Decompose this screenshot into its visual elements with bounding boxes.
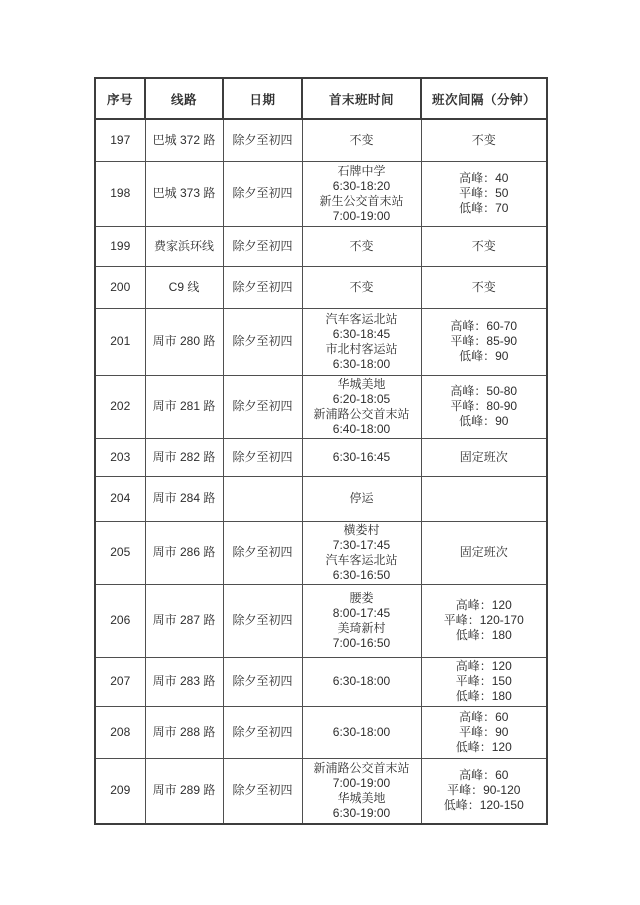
- cell-date: 除夕至初四: [223, 119, 302, 161]
- table-row: 209 周市 289 路 除夕至初四 新浦路公交首末站 7:00-19:00 华…: [95, 758, 547, 824]
- cell-interval: 高峰：120 平峰：150 低峰：180: [421, 657, 547, 706]
- header-row: 序号 线路 日期 首末班时间 班次间隔（分钟）: [95, 78, 547, 119]
- cell-interval: 固定班次: [421, 521, 547, 584]
- cell-date: 除夕至初四: [223, 758, 302, 824]
- cell-first-last-time: 汽车客运北站 6:30-18:45 市北村客运站 6:30-18:00: [302, 308, 421, 375]
- cell-interval: 高峰：120 平峰：120-170 低峰：180: [421, 584, 547, 657]
- cell-interval: 高峰：40 平峰：50 低峰：70: [421, 161, 547, 226]
- table-row: 203 周市 282 路 除夕至初四 6:30-16:45 固定班次: [95, 438, 547, 476]
- cell-serial: 198: [95, 161, 145, 226]
- cell-first-last-time: 6:30-18:00: [302, 706, 421, 758]
- cell-route: 周市 289 路: [145, 758, 223, 824]
- cell-interval: 不变: [421, 119, 547, 161]
- cell-serial: 201: [95, 308, 145, 375]
- table-row: 208 周市 288 路 除夕至初四 6:30-18:00 高峰：60 平峰：9…: [95, 706, 547, 758]
- bus-schedule-table: 序号 线路 日期 首末班时间 班次间隔（分钟） 197 巴城 372 路 除夕至…: [94, 77, 548, 825]
- cell-route: 周市 280 路: [145, 308, 223, 375]
- table-row: 205 周市 286 路 除夕至初四 横娄村 7:30-17:45 汽车客运北站…: [95, 521, 547, 584]
- cell-first-last-time: 6:30-18:00: [302, 657, 421, 706]
- cell-serial: 203: [95, 438, 145, 476]
- cell-route: 周市 286 路: [145, 521, 223, 584]
- cell-route: 周市 287 路: [145, 584, 223, 657]
- cell-route: 周市 284 路: [145, 476, 223, 521]
- cell-date: 除夕至初四: [223, 657, 302, 706]
- cell-date: 除夕至初四: [223, 308, 302, 375]
- cell-first-last-time: 石牌中学 6:30-18:20 新生公交首末站 7:00-19:00: [302, 161, 421, 226]
- cell-serial: 205: [95, 521, 145, 584]
- cell-serial: 199: [95, 226, 145, 266]
- cell-serial: 209: [95, 758, 145, 824]
- cell-first-last-time: 不变: [302, 119, 421, 161]
- cell-interval: [421, 476, 547, 521]
- cell-first-last-time: 6:30-16:45: [302, 438, 421, 476]
- cell-first-last-time: 新浦路公交首末站 7:00-19:00 华城美地 6:30-19:00: [302, 758, 421, 824]
- cell-route: 周市 288 路: [145, 706, 223, 758]
- column-header-interval: 班次间隔（分钟）: [421, 78, 547, 119]
- column-header-route: 线路: [145, 78, 223, 119]
- cell-first-last-time: 不变: [302, 226, 421, 266]
- cell-date: 除夕至初四: [223, 521, 302, 584]
- table-row: 198 巴城 373 路 除夕至初四 石牌中学 6:30-18:20 新生公交首…: [95, 161, 547, 226]
- table-row: 206 周市 287 路 除夕至初四 腰娄 8:00-17:45 美琦新村 7:…: [95, 584, 547, 657]
- cell-date: 除夕至初四: [223, 706, 302, 758]
- cell-serial: 208: [95, 706, 145, 758]
- cell-date: 除夕至初四: [223, 584, 302, 657]
- table-row: 200 C9 线 除夕至初四 不变 不变: [95, 266, 547, 308]
- cell-first-last-time: 华城美地 6:20-18:05 新浦路公交首末站 6:40-18:00: [302, 375, 421, 438]
- cell-first-last-time: 腰娄 8:00-17:45 美琦新村 7:00-16:50: [302, 584, 421, 657]
- cell-serial: 207: [95, 657, 145, 706]
- cell-date: [223, 476, 302, 521]
- cell-date: 除夕至初四: [223, 438, 302, 476]
- cell-date: 除夕至初四: [223, 375, 302, 438]
- cell-date: 除夕至初四: [223, 266, 302, 308]
- table-row: 197 巴城 372 路 除夕至初四 不变 不变: [95, 119, 547, 161]
- cell-serial: 202: [95, 375, 145, 438]
- cell-first-last-time: 横娄村 7:30-17:45 汽车客运北站 6:30-16:50: [302, 521, 421, 584]
- cell-date: 除夕至初四: [223, 161, 302, 226]
- cell-route: 周市 282 路: [145, 438, 223, 476]
- cell-interval: 高峰：60 平峰：90 低峰：120: [421, 706, 547, 758]
- cell-interval: 高峰：60-70 平峰：85-90 低峰：90: [421, 308, 547, 375]
- table-row: 201 周市 280 路 除夕至初四 汽车客运北站 6:30-18:45 市北村…: [95, 308, 547, 375]
- cell-serial: 206: [95, 584, 145, 657]
- table-row: 202 周市 281 路 除夕至初四 华城美地 6:20-18:05 新浦路公交…: [95, 375, 547, 438]
- cell-interval: 固定班次: [421, 438, 547, 476]
- cell-interval: 高峰：60 平峰：90-120 低峰：120-150: [421, 758, 547, 824]
- cell-serial: 197: [95, 119, 145, 161]
- document-page: 序号 线路 日期 首末班时间 班次间隔（分钟） 197 巴城 372 路 除夕至…: [0, 0, 640, 905]
- cell-route: 巴城 373 路: [145, 161, 223, 226]
- table-row: 204 周市 284 路 停运: [95, 476, 547, 521]
- cell-interval: 不变: [421, 266, 547, 308]
- cell-route: 周市 283 路: [145, 657, 223, 706]
- cell-interval: 高峰：50-80 平峰：80-90 低峰：90: [421, 375, 547, 438]
- table-row: 207 周市 283 路 除夕至初四 6:30-18:00 高峰：120 平峰：…: [95, 657, 547, 706]
- column-header-serial: 序号: [95, 78, 145, 119]
- cell-route: 巴城 372 路: [145, 119, 223, 161]
- cell-route: C9 线: [145, 266, 223, 308]
- table-header-row: 序号 线路 日期 首末班时间 班次间隔（分钟）: [95, 78, 547, 119]
- cell-interval: 不变: [421, 226, 547, 266]
- table-row: 199 费家浜环线 除夕至初四 不变 不变: [95, 226, 547, 266]
- cell-first-last-time: 不变: [302, 266, 421, 308]
- cell-first-last-time: 停运: [302, 476, 421, 521]
- cell-date: 除夕至初四: [223, 226, 302, 266]
- cell-serial: 204: [95, 476, 145, 521]
- cell-route: 费家浜环线: [145, 226, 223, 266]
- column-header-first-last-time: 首末班时间: [302, 78, 421, 119]
- cell-route: 周市 281 路: [145, 375, 223, 438]
- cell-serial: 200: [95, 266, 145, 308]
- column-header-date: 日期: [223, 78, 302, 119]
